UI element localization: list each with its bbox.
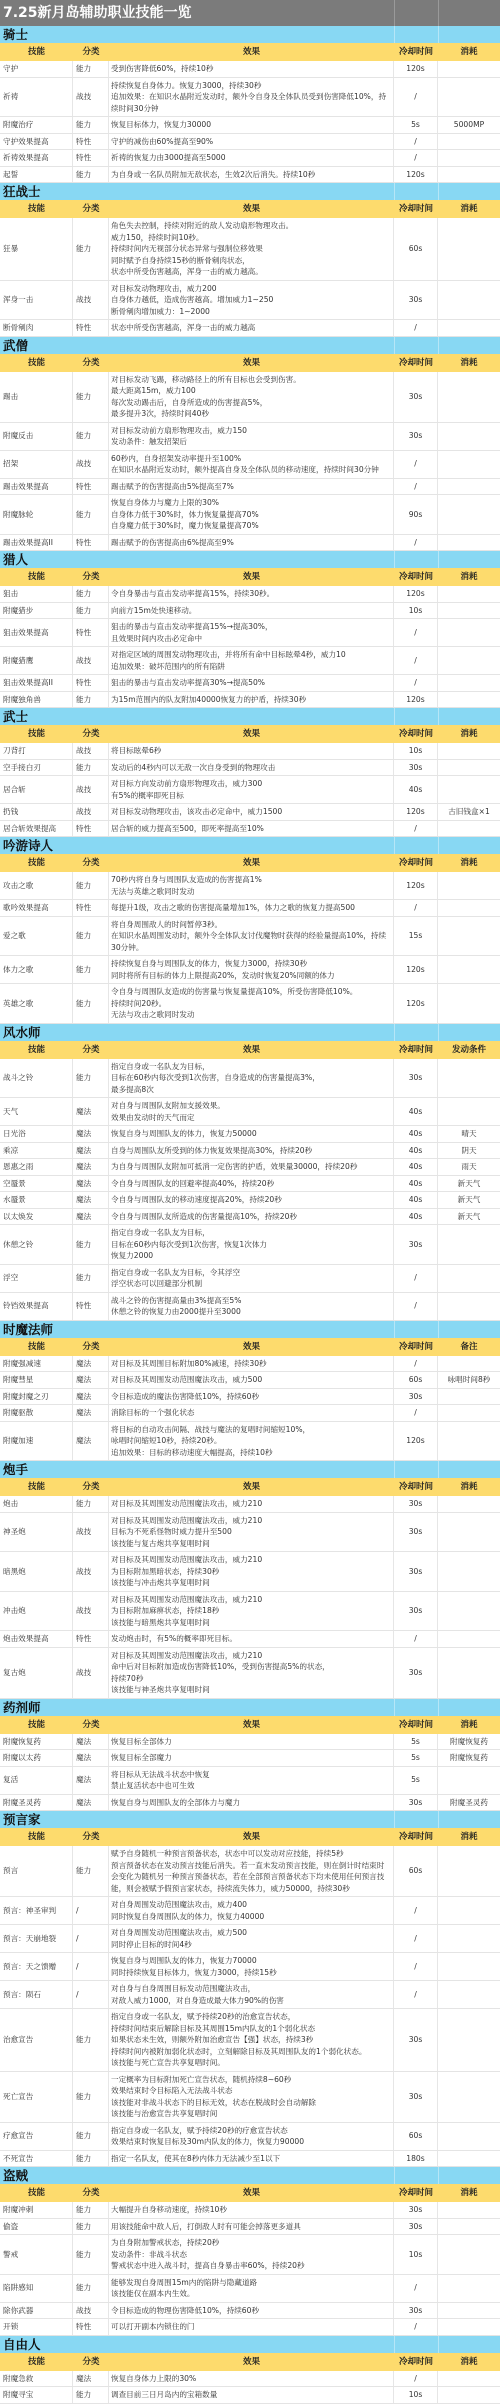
- skill-name: 复活: [0, 1767, 73, 1794]
- skill-category: 能力: [73, 603, 109, 619]
- skill-effect: 踢击赋予的伤害提高由6%提高至9%: [109, 535, 394, 551]
- skill-name: 浮空: [0, 1265, 73, 1292]
- skill-cost: [438, 2371, 500, 2387]
- table-row: 踢击效果提高特性踢击赋予的伤害提高由5%提高至7%/: [0, 479, 500, 496]
- skill-category: 能力: [73, 1265, 109, 1292]
- skill-name: 狙击效果提高: [0, 619, 73, 646]
- skill-category: 能力: [73, 872, 109, 899]
- table-row: 水蜃景魔法令自身与周围队友的移动速度提高20%，持续20秒40s新天气: [0, 1192, 500, 1209]
- col-skill: 技能: [0, 568, 73, 586]
- class-spacer: [438, 1024, 500, 1041]
- skill-name: 守护: [0, 61, 73, 77]
- skill-cooldown: 120s: [394, 61, 438, 77]
- skill-cost: [438, 2303, 500, 2319]
- skill-cost: [438, 2235, 500, 2274]
- skill-cost: [438, 2275, 500, 2302]
- skill-cost: [438, 1981, 500, 2008]
- skill-effect: 守护的减伤由60%提高至90%: [109, 134, 394, 150]
- skill-category: 特性: [73, 535, 109, 551]
- skill-effect: 向前方15m处快速移动。: [109, 603, 394, 619]
- skill-name: 水蜃景: [0, 1192, 73, 1208]
- skill-cooldown: /: [394, 647, 438, 674]
- class-name: 武僧: [0, 337, 394, 354]
- skill-name: 预言: [0, 1846, 73, 1896]
- skill-cooldown: 30s: [394, 1225, 438, 1264]
- skill-effect: 对目标发动物理攻击，威力200 自身体力越低，造成伤害越高。增加威力1~250 …: [109, 281, 394, 320]
- class-header: 猎人: [0, 551, 500, 568]
- skill-category: 能力: [73, 218, 109, 280]
- col-category: 分类: [73, 854, 109, 872]
- skill-effect: 持续恢复自身体力。恢复力3000，持续30秒 追加效果：在知识水晶附近发动时，额…: [109, 78, 394, 117]
- col-cooldown: 冷却时间: [394, 2353, 438, 2371]
- skill-cost: [438, 647, 500, 674]
- skill-category: 魔法: [73, 1192, 109, 1208]
- class-spacer: [394, 1699, 438, 1716]
- skill-cost: 古旧钱盒×1: [438, 804, 500, 820]
- col-category: 分类: [73, 1041, 109, 1059]
- class-header: 自由人: [0, 2336, 500, 2353]
- skill-cooldown: 180s: [394, 2151, 438, 2167]
- skill-cost: [438, 78, 500, 117]
- col-skill: 技能: [0, 1716, 73, 1734]
- col-effect: 效果: [109, 854, 394, 872]
- skill-effect: 60秒内，自身招架发动率提升至100% 在知识水晶附近发动时，额外提高自身及全体…: [109, 451, 394, 478]
- skill-cost: [438, 320, 500, 336]
- skill-cooldown: /: [394, 821, 438, 837]
- col-last: 消耗: [438, 725, 500, 743]
- table-row: 守护效果提高特性守护的减伤由60%提高至90%/: [0, 134, 500, 151]
- skill-category: 特性: [73, 900, 109, 916]
- skill-effect: 发动炮击时，有5%的概率即死目标。: [109, 1631, 394, 1647]
- skill-effect: 恢复自身与周围队友的全部体力与魔力: [109, 1795, 394, 1811]
- skill-name: 炮击: [0, 1496, 73, 1512]
- class-section: 风水师技能分类效果冷却时间发动条件战斗之铃能力指定自身或一名队友为目标， 目标在…: [0, 1024, 500, 1321]
- skill-category: 特性: [73, 134, 109, 150]
- table-row: 附魔脉轮能力恢复自身体力与魔力上限的30% 自身体力低于30%时，体力恢复量提高…: [0, 495, 500, 535]
- table-row: 狙击效果提高特性狙击的暴击与直击发动率提高15%→提高30%， 且效果时间内攻击…: [0, 619, 500, 647]
- skill-effect: 恢复自身与周围队友的体力，恢复力50000: [109, 1126, 394, 1142]
- col-category: 分类: [73, 354, 109, 372]
- skill-cooldown: /: [394, 619, 438, 646]
- table-row: 以太焕发魔法令自身与周围队友所造成的伤害量提高10%，持续20秒40s新天气: [0, 1209, 500, 1226]
- skill-name: 偷盗: [0, 2219, 73, 2235]
- skill-name: 暗黑炮: [0, 1552, 73, 1591]
- col-category: 分类: [73, 1478, 109, 1496]
- skill-category: 战技: [73, 451, 109, 478]
- skill-effect: 消除目标的一个强化状态: [109, 1405, 394, 1421]
- skill-cost: 咏唱时间8秒: [438, 1372, 500, 1388]
- skill-name: 复古炮: [0, 1648, 73, 1698]
- skill-effect: 角色失去控制，持续对附近的敌人发动扇形物理攻击。 威力150，持续时间10秒。 …: [109, 218, 394, 280]
- skill-effect: 令自身与周围队友造成的伤害量与恢复量提高10%，所受伤害降低10%。 持续时间2…: [109, 984, 394, 1023]
- skill-effect: 对自身周围发动范围魔法攻击，威力400 同时恢复自身周围队友的体力，恢复力400…: [109, 1897, 394, 1924]
- skill-cooldown: 40s: [394, 776, 438, 803]
- skill-cost: [438, 479, 500, 495]
- col-effect: 效果: [109, 1716, 394, 1734]
- skill-effect: 一定概率为目标附加死亡宣告状态，随机持续8~60秒 效果结束时令目标陷入无法战斗…: [109, 2072, 394, 2122]
- class-spacer: [438, 837, 500, 854]
- skill-effect: 对自身与自身周围目标发动范围魔法攻击， 对敌人威力1000，对自身造成最大体力9…: [109, 1981, 394, 2008]
- skill-effect: 自身与周围队友所受到的体力恢复效果提高30%，持续20秒: [109, 1143, 394, 1159]
- skill-cost: [438, 2151, 500, 2167]
- skill-cooldown: /: [394, 900, 438, 916]
- skill-cost: [438, 1592, 500, 1631]
- skill-effect: 为自身与周围队友附加可抵消一定伤害的护盾，效果量30000，持续20秒: [109, 1159, 394, 1175]
- skill-effect: 每提升1级，攻击之歌的伤害提高量增加1%，体力之歌的恢复力提高500: [109, 900, 394, 916]
- skill-category: 魔法: [73, 1795, 109, 1811]
- skill-category: 特性: [73, 675, 109, 691]
- col-category: 分类: [73, 200, 109, 218]
- skill-effect: 对目标及其周围发动范围魔法攻击，威力500: [109, 1372, 394, 1388]
- skill-cost: [438, 1496, 500, 1512]
- skill-cooldown: /: [394, 1925, 438, 1952]
- skill-category: 战技: [73, 1592, 109, 1631]
- table-row: 附魔猎步能力向前方15m处快速移动。10s: [0, 603, 500, 620]
- class-spacer: [438, 1811, 500, 1828]
- skill-cost: [438, 675, 500, 691]
- skill-category: 能力: [73, 2009, 109, 2071]
- skill-cost: [438, 1265, 500, 1292]
- class-spacer: [394, 837, 438, 854]
- skill-cooldown: /: [394, 2371, 438, 2387]
- skill-cost: [438, 821, 500, 837]
- skill-effect: 可以打开副本内锁住的门: [109, 2319, 394, 2335]
- skill-cost: [438, 372, 500, 422]
- table-row: 踢击能力对目标发动飞踢，移动路径上的所有目标也会受到伤害。 最大距离15m，威力…: [0, 372, 500, 423]
- table-row: 狂暴能力角色失去控制，持续对附近的敌人发动扇形物理攻击。 威力150，持续时间1…: [0, 218, 500, 281]
- skill-cooldown: /: [394, 1897, 438, 1924]
- col-skill: 技能: [0, 1478, 73, 1496]
- skill-effect: 对目标及其周围发动范围魔法攻击，威力210: [109, 1496, 394, 1512]
- class-spacer: [438, 1699, 500, 1716]
- table-row: 警戒能力为自身附加警戒状态，持续20秒 发动条件：非战斗状态 警戒状态中进入战斗…: [0, 2235, 500, 2275]
- skill-name: 除你武器: [0, 2303, 73, 2319]
- class-spacer: [438, 1321, 500, 1338]
- skill-cooldown: /: [394, 1293, 438, 1320]
- table-row: 狙击能力令自身暴击与直击发动率提高15%，持续30秒。120s: [0, 586, 500, 603]
- class-spacer: [438, 2336, 500, 2353]
- skill-name: 刀背打: [0, 743, 73, 759]
- table-row: 复古炮战技对目标及其周围发动范围魔法攻击，威力210 命中后对目标附加造成伤害降…: [0, 1648, 500, 1699]
- skill-cooldown: 40s: [394, 1098, 438, 1125]
- col-category: 分类: [73, 43, 109, 61]
- column-header: 技能分类效果冷却时间消耗: [0, 354, 500, 372]
- table-row: 铃铛效果提高特性战斗之铃的伤害提高量由3%提高至5% 休憩之铃的恢复力由2000…: [0, 1293, 500, 1321]
- table-row: 附魔加速魔法将目标的自动攻击间隔、战技与魔法的复唱时间缩短10%， 咏唱时间缩短…: [0, 1422, 500, 1462]
- skill-name: 恩惠之雨: [0, 1159, 73, 1175]
- col-skill: 技能: [0, 43, 73, 61]
- class-spacer: [438, 551, 500, 568]
- skill-cost: [438, 1225, 500, 1264]
- skill-cooldown: /: [394, 1953, 438, 1980]
- skill-cost: [438, 956, 500, 983]
- skill-cooldown: /: [394, 1356, 438, 1372]
- class-name: 风水师: [0, 1024, 394, 1041]
- col-effect: 效果: [109, 1338, 394, 1356]
- table-row: 预言：陨石/对自身与自身周围目标发动范围魔法攻击， 对敌人威力1000，对自身造…: [0, 1981, 500, 2009]
- column-header: 技能分类效果冷却时间消耗: [0, 1716, 500, 1734]
- col-cooldown: 冷却时间: [394, 1338, 438, 1356]
- skill-category: 能力: [73, 984, 109, 1023]
- skill-cost: [438, 603, 500, 619]
- skill-cost: [438, 900, 500, 916]
- skill-category: 战技: [73, 743, 109, 759]
- skill-cooldown: 30s: [394, 1795, 438, 1811]
- skill-effect: 令自身暴击与直击发动率提高15%，持续30秒。: [109, 586, 394, 602]
- class-spacer: [394, 1321, 438, 1338]
- class-section: 预言家技能分类效果冷却时间消耗预言能力赋予自身随机一种预言预备状态，状态中可以发…: [0, 1811, 500, 2167]
- skill-name: 治愈宣告: [0, 2009, 73, 2071]
- table-row: 开锁特性可以打开副本内锁住的门/: [0, 2319, 500, 2336]
- skill-cooldown: /: [394, 451, 438, 478]
- skill-cost: [438, 1631, 500, 1647]
- skill-name: 歌吟效果提高: [0, 900, 73, 916]
- skill-effect: 用该技能命中敌人后，打倒敌人时有可能会掉落更多道具: [109, 2219, 394, 2235]
- table-row: 英雄之歌能力令自身与周围队友造成的伤害量与恢复量提高10%，所受伤害降低10%。…: [0, 984, 500, 1024]
- skill-cost: [438, 2202, 500, 2218]
- table-row: 神圣炮战技对目标及其周围发动范围魔法攻击，威力210 目标为不死系怪物时威力提升…: [0, 1513, 500, 1553]
- skill-cooldown: /: [394, 1631, 438, 1647]
- skill-category: 魔法: [73, 1422, 109, 1461]
- class-name: 猎人: [0, 551, 394, 568]
- column-header: 技能分类效果冷却时间发动条件: [0, 1041, 500, 1059]
- skill-name: 战斗之铃: [0, 1059, 73, 1098]
- skill-category: 能力: [73, 167, 109, 183]
- skill-category: /: [73, 1897, 109, 1924]
- col-cooldown: 冷却时间: [394, 1716, 438, 1734]
- col-last: 消耗: [438, 354, 500, 372]
- table-row: 复活魔法将目标从无法战斗状态中恢复 禁止复活状态中也可生效5s: [0, 1767, 500, 1795]
- title-bar: 7.25新月岛辅助职业技能一览: [0, 0, 500, 26]
- class-name: 狂战士: [0, 183, 394, 200]
- col-effect: 效果: [109, 2353, 394, 2371]
- skill-category: 战技: [73, 2303, 109, 2319]
- skill-cooldown: 5s: [394, 1767, 438, 1794]
- skill-category: /: [73, 1953, 109, 1980]
- class-section: 吟游诗人技能分类效果冷却时间消耗攻击之歌能力70秒内将自身与周围队友造成的伤害提…: [0, 837, 500, 1024]
- class-header: 炮手: [0, 1461, 500, 1478]
- skill-effect: 令自身与周围队友所造成的伤害量提高10%，持续20秒: [109, 1209, 394, 1225]
- skill-effect: 狙击的暴击与直击发动率提高15%→提高30%， 且效果时间内攻击必定命中: [109, 619, 394, 646]
- skill-effect: 指定自身或一名队友为目标， 目标在60秒内每次受到1次伤害，恢复1次体力 恢复力…: [109, 1225, 394, 1264]
- skill-cost: 附魔圣灵药: [438, 1795, 500, 1811]
- skill-cost: [438, 535, 500, 551]
- class-header: 预言家: [0, 1811, 500, 1828]
- class-header: 武士: [0, 708, 500, 725]
- table-row: 居合斩战技对目标方向发动前方扇形物理攻击，威力300 有5%的概率即死目标40s: [0, 776, 500, 804]
- skill-cost: [438, 61, 500, 77]
- skill-category: 能力: [73, 956, 109, 983]
- skill-name: 附魔强减速: [0, 1356, 73, 1372]
- skill-name: 附魔治疗: [0, 117, 73, 133]
- skill-effect: 令自身与周围队友的回避率提高40%，持续20秒: [109, 1176, 394, 1192]
- class-spacer: [394, 2167, 438, 2184]
- col-cooldown: 冷却时间: [394, 1478, 438, 1496]
- skill-effect: 将目标的自动攻击间隔、战技与魔法的复唱时间缩短10%， 咏唱时间缩短10秒，持续…: [109, 1422, 394, 1461]
- skill-cost: [438, 495, 500, 534]
- skill-effect: 居合斩的威力提高至500，即死率提高至10%: [109, 821, 394, 837]
- class-spacer: [394, 337, 438, 354]
- class-spacer: [438, 1461, 500, 1478]
- table-row: 偷盗能力用该技能命中敌人后，打倒敌人时有可能会掉落更多道具30s: [0, 2219, 500, 2236]
- col-skill: 技能: [0, 200, 73, 218]
- skill-category: 魔法: [73, 1098, 109, 1125]
- skill-name: 附魔独角兽: [0, 692, 73, 708]
- skill-cooldown: 120s: [394, 586, 438, 602]
- skill-category: 特性: [73, 2319, 109, 2335]
- skill-cooldown: /: [394, 2275, 438, 2302]
- skill-cost: [438, 1953, 500, 1980]
- skill-effect: 令目标造成的魔法伤害降低10%，持续60秒: [109, 1389, 394, 1405]
- skill-name: 附魔封魔之刃: [0, 1389, 73, 1405]
- class-sections: 骑士技能分类效果冷却时间消耗守护能力受到伤害降低60%，持续10秒120s祈祷战…: [0, 26, 500, 2404]
- skill-cooldown: /: [394, 479, 438, 495]
- table-row: 守护能力受到伤害降低60%，持续10秒120s: [0, 61, 500, 78]
- class-name: 时魔法师: [0, 1321, 394, 1338]
- table-row: 附魔强减速魔法对目标及其周围目标附加80%减速，持续30秒/: [0, 1356, 500, 1373]
- col-effect: 效果: [109, 200, 394, 218]
- skill-name: 附魔恢复药: [0, 1734, 73, 1750]
- class-section: 武士技能分类效果冷却时间消耗刀背打战技将目标眩晕6秒10s空手接白刃能力发动后的…: [0, 708, 500, 837]
- skill-cost: [438, 1925, 500, 1952]
- col-effect: 效果: [109, 568, 394, 586]
- skill-effect: 为自身或一名队员附加无敌状态，生效2次后消失。持续10秒: [109, 167, 394, 183]
- skill-cooldown: 30s: [394, 2072, 438, 2122]
- skill-effect: 对目标发动飞踢，移动路径上的所有目标也会受到伤害。 最大距离15m，威力100 …: [109, 372, 394, 422]
- class-name: 药剂师: [0, 1699, 394, 1716]
- skill-name: 狙击: [0, 586, 73, 602]
- class-header: 盗贼: [0, 2167, 500, 2184]
- skill-category: 战技: [73, 78, 109, 117]
- skill-cost: [438, 1293, 500, 1320]
- skill-cooldown: 60s: [394, 1372, 438, 1388]
- skill-category: 能力: [73, 1225, 109, 1264]
- skill-cooldown: 30s: [394, 423, 438, 450]
- skill-cooldown: 40s: [394, 1159, 438, 1175]
- table-row: 浮空能力指定自身或一名队友为目标，令其浮空 浮空状态可以回避部分机制/: [0, 1265, 500, 1293]
- skill-category: 能力: [73, 692, 109, 708]
- skill-name: 陷阱感知: [0, 2275, 73, 2302]
- skill-name: 附魔加速: [0, 1422, 73, 1461]
- skill-cooldown: /: [394, 1405, 438, 1421]
- skill-cost: [438, 1059, 500, 1098]
- skill-cooldown: 120s: [394, 1422, 438, 1461]
- col-skill: 技能: [0, 2353, 73, 2371]
- skill-category: 魔法: [73, 1356, 109, 1372]
- skill-name: 铃铛效果提高: [0, 1293, 73, 1320]
- table-row: 附魔驱散魔法消除目标的一个强化状态/: [0, 1405, 500, 1422]
- skill-cost: 附魔恢复药: [438, 1750, 500, 1766]
- skill-name: 预言：天崩地裂: [0, 1925, 73, 1952]
- skill-cost: [438, 586, 500, 602]
- skill-name: 附魔圣灵药: [0, 1795, 73, 1811]
- skill-cost: [438, 1422, 500, 1461]
- skill-cost: [438, 1389, 500, 1405]
- skill-effect: 祈祷的恢复力由3000提高至5000: [109, 150, 394, 166]
- skill-cooldown: /: [394, 320, 438, 336]
- table-row: 附魔急救魔法恢复自身体力上限的30%/: [0, 2371, 500, 2388]
- skill-category: 能力: [73, 2072, 109, 2122]
- class-name: 炮手: [0, 1461, 394, 1478]
- table-row: 居合斩效果提高特性居合斩的威力提高至500，即死率提高至10%/: [0, 821, 500, 838]
- skill-name: 起誓: [0, 167, 73, 183]
- skill-effect: 令自身与周围队友的移动速度提高20%，持续20秒: [109, 1192, 394, 1208]
- skill-name: 附魔彗星: [0, 1372, 73, 1388]
- skill-name: 居合斩: [0, 776, 73, 803]
- col-category: 分类: [73, 1716, 109, 1734]
- skill-category: 特性: [73, 320, 109, 336]
- table-row: 断骨剜肉特性状态中所受伤害越高，浑身一击的威力越高/: [0, 320, 500, 337]
- skill-category: 能力: [73, 61, 109, 77]
- table-row: 附魔封魔之刃魔法令目标造成的魔法伤害降低10%，持续60秒30s: [0, 1389, 500, 1406]
- skill-effect: 对目标及其周围目标附加80%减速，持续30秒: [109, 1356, 394, 1372]
- col-last: 备注: [438, 1338, 500, 1356]
- col-cooldown: 冷却时间: [394, 725, 438, 743]
- skill-name: 空蜃景: [0, 1176, 73, 1192]
- skill-cooldown: /: [394, 150, 438, 166]
- skill-cost: [438, 1897, 500, 1924]
- column-header: 技能分类效果冷却时间消耗: [0, 568, 500, 586]
- skill-effect: 状态中所受伤害越高，浑身一击的威力越高: [109, 320, 394, 336]
- table-row: 不死宣告能力指定一名队友，使其在8秒内体力无法减少至1以下180s: [0, 2151, 500, 2168]
- skill-cooldown: 5s: [394, 1734, 438, 1750]
- skill-cooldown: 30s: [394, 1059, 438, 1098]
- skill-name: 疗愈宣告: [0, 2123, 73, 2150]
- title-spacer: [438, 0, 500, 26]
- col-skill: 技能: [0, 1828, 73, 1846]
- skill-cooldown: 120s: [394, 167, 438, 183]
- skill-cost: [438, 451, 500, 478]
- skill-cooldown: 15s: [394, 917, 438, 956]
- skill-cooldown: /: [394, 78, 438, 117]
- skill-effect: 能够发现自身周围15m内的陷阱与隐藏道路 该技能仅在副本内生效。: [109, 2275, 394, 2302]
- skill-category: 能力: [73, 423, 109, 450]
- skill-category: 魔法: [73, 1159, 109, 1175]
- skill-cooldown: 30s: [394, 372, 438, 422]
- skill-cooldown: 5s: [394, 117, 438, 133]
- class-spacer: [394, 26, 438, 43]
- skill-cooldown: 30s: [394, 2303, 438, 2319]
- table-row: 预言能力赋予自身随机一种预言预备状态，状态中可以发动对应技能，持续5秒 预言预备…: [0, 1846, 500, 1897]
- skill-category: 战技: [73, 647, 109, 674]
- table-row: 天气魔法对自身与周围队友附加支援效果。 效果由发动时的天气而定40s: [0, 1098, 500, 1126]
- class-header: 吟游诗人: [0, 837, 500, 854]
- col-skill: 技能: [0, 854, 73, 872]
- skill-effect: 对目标发动物理攻击，该攻击必定命中，威力1500: [109, 804, 394, 820]
- skill-cost: [438, 1552, 500, 1591]
- table-row: 暗黑炮战技对目标及其周围发动范围魔法攻击，威力210 为目标附加黑暗状态，持续3…: [0, 1552, 500, 1592]
- skill-cost: [438, 760, 500, 776]
- class-spacer: [394, 551, 438, 568]
- class-name: 骑士: [0, 26, 394, 43]
- col-last: 消耗: [438, 1716, 500, 1734]
- col-last: 消耗: [438, 1828, 500, 1846]
- title-spacer: [394, 0, 438, 26]
- col-cooldown: 冷却时间: [394, 2184, 438, 2202]
- skill-category: 特性: [73, 150, 109, 166]
- skill-name: 招架: [0, 451, 73, 478]
- skill-category: 能力: [73, 917, 109, 956]
- skill-effect: 恢复目标体力，恢复力30000: [109, 117, 394, 133]
- skill-cost: [438, 2072, 500, 2122]
- skill-cost: [438, 2387, 500, 2403]
- skill-category: 能力: [73, 372, 109, 422]
- col-category: 分类: [73, 725, 109, 743]
- col-last: 消耗: [438, 1478, 500, 1496]
- skill-cooldown: 30s: [394, 1592, 438, 1631]
- column-header: 技能分类效果冷却时间消耗: [0, 1828, 500, 1846]
- skill-cost: [438, 743, 500, 759]
